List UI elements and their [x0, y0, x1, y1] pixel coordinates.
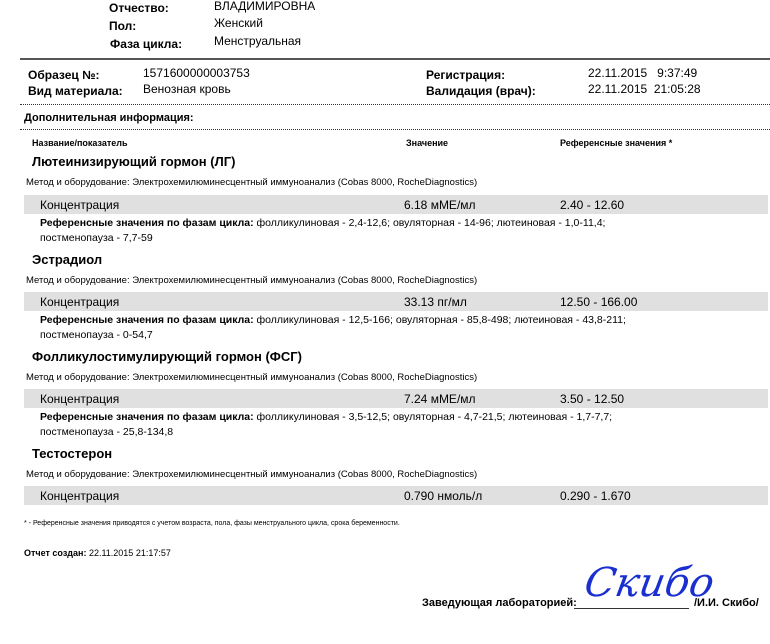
- cycle-phase-label: Фаза цикла:: [110, 37, 182, 51]
- patronymic-label: Отчество:: [109, 1, 169, 15]
- registration-label: Регистрация:: [426, 68, 505, 82]
- material-value: Венозная кровь: [143, 82, 231, 96]
- sample-number-label: Образец №:: [28, 68, 99, 82]
- test-method: Метод и оборудование: Электрохемилюминес…: [26, 177, 477, 188]
- test-method: Метод и оборудование: Электрохемилюминес…: [26, 275, 477, 286]
- validation-value: 22.11.2015 21:05:28: [588, 82, 701, 96]
- test-name: Фолликулостимулирующий гормон (ФСГ): [32, 349, 302, 364]
- result-value: 6.18 мМЕ/мл: [404, 198, 476, 212]
- signatory-name: /И.И. Скибо/: [694, 597, 759, 609]
- phase-references: Референсные значения по фазам цикла: фол…: [40, 313, 680, 343]
- phase-references: Референсные значения по фазам цикла: фол…: [40, 410, 680, 440]
- sex-value: Женский: [214, 16, 263, 30]
- result-value: 33.13 пг/мл: [404, 295, 467, 309]
- test-name: Тестостерон: [32, 446, 112, 461]
- sex-label: Пол:: [109, 19, 136, 33]
- column-header-value: Значение: [406, 138, 448, 148]
- signature-line: [574, 608, 689, 609]
- result-row: Концентрация 6.18 мМЕ/мл 2.40 - 12.60: [24, 195, 768, 214]
- parameter-name: Концентрация: [40, 198, 119, 212]
- test-method: Метод и оборудование: Электрохемилюминес…: [26, 372, 477, 383]
- report-created-value: 22.11.2015 21:17:57: [86, 548, 170, 558]
- column-header-reference: Референсные значения *: [560, 138, 672, 148]
- result-value: 0.790 нмоль/л: [404, 489, 482, 503]
- cycle-phase-value: Менструальная: [214, 34, 301, 48]
- column-header-name: Название/показатель: [32, 138, 128, 148]
- registration-value: 22.11.2015 9:37:49: [588, 66, 697, 80]
- reference-range: 3.50 - 12.50: [560, 392, 624, 406]
- material-label: Вид материала:: [28, 84, 123, 98]
- reference-range: 12.50 - 166.00: [560, 295, 637, 309]
- report-created: Отчет создан: 22.11.2015 21:17:57: [24, 548, 171, 558]
- result-row: Концентрация 33.13 пг/мл 12.50 - 166.00: [24, 292, 768, 311]
- parameter-name: Концентрация: [40, 489, 119, 503]
- patronymic-value: ВЛАДИМИРОВНА: [214, 0, 315, 13]
- parameter-name: Концентрация: [40, 392, 119, 406]
- phase-references-label: Референсные значения по фазам цикла:: [40, 314, 254, 326]
- test-name: Лютеинизирующий гормон (ЛГ): [32, 154, 235, 169]
- report-created-label: Отчет создан:: [24, 548, 86, 558]
- parameter-name: Концентрация: [40, 295, 119, 309]
- test-method: Метод и оборудование: Электрохемилюминес…: [26, 469, 477, 480]
- additional-info-divider: [20, 129, 770, 130]
- sample-number-value: 1571600000003753: [143, 66, 250, 80]
- result-value: 7.24 мМЕ/мл: [404, 392, 476, 406]
- signature-role-label: Заведующая лабораторией:: [422, 597, 577, 609]
- phase-references-label: Референсные значения по фазам цикла:: [40, 217, 254, 229]
- phase-references: Референсные значения по фазам цикла: фол…: [40, 216, 680, 246]
- validation-label: Валидация (врач):: [426, 84, 536, 98]
- additional-info-label: Дополнительная информация:: [24, 112, 194, 124]
- result-row: Концентрация 7.24 мМЕ/мл 3.50 - 12.50: [24, 389, 768, 408]
- test-name: Эстрадиол: [32, 252, 102, 267]
- result-row: Концентрация 0.790 нмоль/л 0.290 - 1.670: [24, 486, 768, 505]
- phase-references-label: Референсные значения по фазам цикла:: [40, 411, 254, 423]
- footnote: * - Референсные значения приводятся с уч…: [24, 520, 400, 527]
- reference-range: 0.290 - 1.670: [560, 489, 631, 503]
- sample-divider: [20, 104, 770, 105]
- reference-range: 2.40 - 12.60: [560, 198, 624, 212]
- header-divider: [20, 58, 770, 60]
